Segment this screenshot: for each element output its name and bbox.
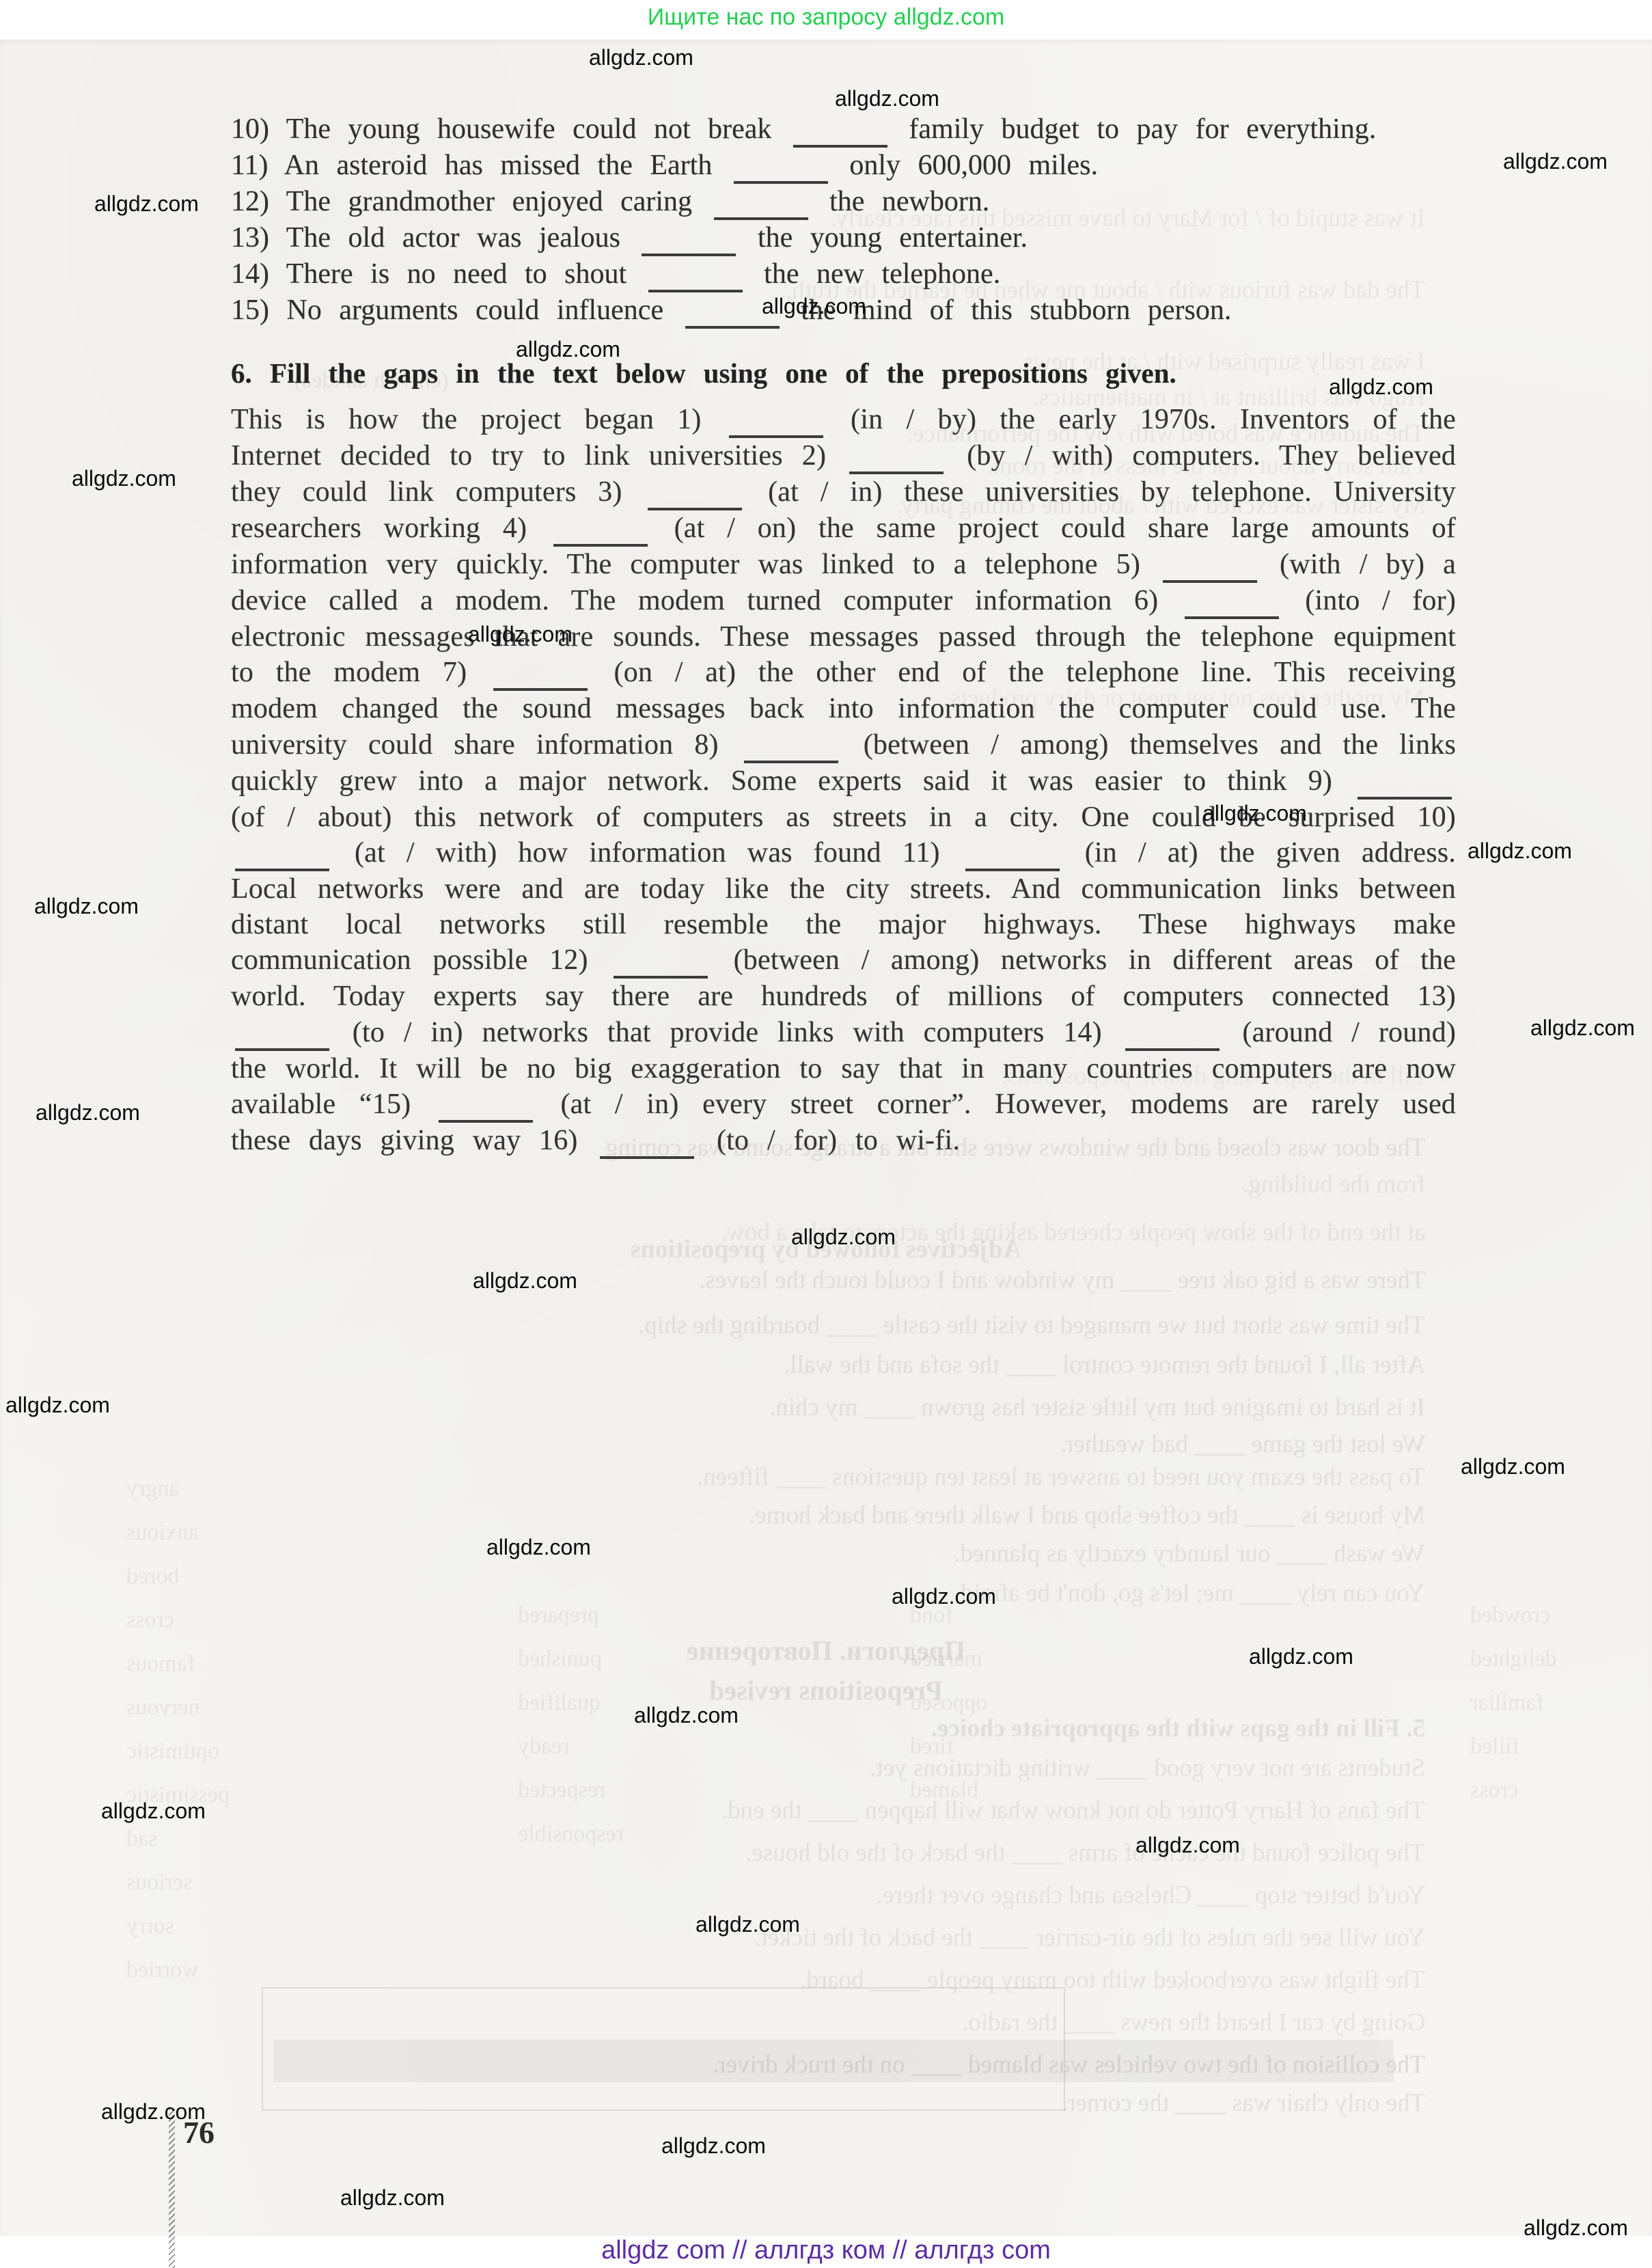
bleedthrough-text: worried <box>126 1957 199 1983</box>
watermark: allgdz.com <box>1329 374 1433 400</box>
item-text: family budget to pay for everything. <box>892 113 1376 145</box>
paragraph-text: to wi-fi. <box>837 1125 960 1156</box>
item-text: the new telephone. <box>747 258 1001 290</box>
answer-gap <box>1163 561 1257 583</box>
paragraph-text: how information was found <box>497 837 902 869</box>
exercise-item: 11) An asteroid has missed the Earth onl… <box>231 148 1461 184</box>
bleedthrough-text: ready <box>518 1734 570 1760</box>
bleedthrough-text: You can rely ____ me; let's go, don't be… <box>954 1579 1425 1608</box>
bleedthrough-text: Students are not very good ____ writing … <box>870 1753 1425 1783</box>
answer-gap <box>1358 778 1452 800</box>
bleedthrough-text: angry <box>126 1476 179 1502</box>
watermark: allgdz.com <box>34 894 139 919</box>
preposition-options: (to / for) <box>698 1125 837 1156</box>
item-text: the newborn. <box>812 186 990 217</box>
item-text: The grandmother enjoyed caring <box>269 186 710 217</box>
bleedthrough-text: nervous <box>126 1695 200 1721</box>
watermark: allgdz.com <box>661 2133 766 2159</box>
site-banner: Ищите нас по запросу allgdz.com <box>0 4 1652 31</box>
preposition-options: (of / about) <box>231 802 392 833</box>
item-text: only 600,000 miles. <box>832 150 1098 181</box>
answer-gap <box>714 198 808 220</box>
answer-gap <box>614 957 708 979</box>
watermark: allgdz.com <box>340 2185 445 2211</box>
gap-number: 16) <box>539 1125 596 1156</box>
watermark: allgdz.com <box>5 1393 110 1418</box>
answer-gap <box>744 741 838 763</box>
watermark: allgdz.com <box>1202 801 1307 826</box>
item-text: The young housewife could not break <box>269 113 789 145</box>
bleedthrough-text: Prepositions revised <box>709 1674 943 1706</box>
answer-gap <box>648 489 742 510</box>
item-number: 13) <box>231 220 269 256</box>
preposition-options: (at / in) <box>537 1089 679 1120</box>
answer-gap <box>1125 1029 1220 1051</box>
bleedthrough-text: bored <box>126 1563 179 1589</box>
gap-number: 15) <box>372 1089 435 1120</box>
answer-gap <box>493 669 588 691</box>
site-footer: allgdz com // аллгдз ком // аллгдз com <box>0 2236 1652 2265</box>
bleedthrough-text: The fans of Harry Potter do not know wha… <box>721 1796 1425 1825</box>
exercise-6-heading: 6. Fill the gaps in the text below using… <box>231 357 1176 390</box>
watermark: allgdz.com <box>1135 1833 1240 1858</box>
watermark: allgdz.com <box>1530 1015 1635 1041</box>
bleedthrough-text: Предлоги. Повторение <box>687 1635 965 1667</box>
bleedthrough-text: responsible <box>518 1821 624 1847</box>
bleedthrough-text: cross <box>126 1607 174 1633</box>
bleedthrough-text: 5. Fill in the gaps with the appropriate… <box>931 1714 1425 1743</box>
preposition-options: (to / in) <box>333 1017 463 1048</box>
bleedthrough-text: anxious <box>126 1520 199 1546</box>
gap-number: 4) <box>503 513 549 544</box>
watermark: allgdz.com <box>101 2099 206 2124</box>
answer-gap <box>235 849 329 871</box>
paragraph-text: networks that provide links with compute… <box>463 1017 1063 1048</box>
bleedthrough-text: punished <box>518 1646 602 1672</box>
bleedthrough-text: My house is ____ the coffee shop and I w… <box>749 1501 1425 1530</box>
gap-fill-paragraph: This is how the project began 1) (in / b… <box>231 402 1456 1159</box>
watermark: allgdz.com <box>1468 838 1572 864</box>
bleedthrough-text: There was a big oak tree ____ my window … <box>699 1266 1425 1295</box>
item-text: The old actor was jealous <box>269 222 637 254</box>
gap-number: 11) <box>903 837 961 869</box>
bleedthrough-text: The time was short but we managed to vis… <box>638 1311 1425 1340</box>
item-text: No arguments could influence <box>269 295 681 326</box>
bleedthrough-text: crowded <box>1470 1602 1550 1628</box>
exercise-item: 14) There is no need to shout the new te… <box>231 256 1461 292</box>
watermark: allgdz.com <box>473 1268 577 1294</box>
bleedthrough-text: optimistic <box>126 1738 219 1764</box>
bleedthrough-text: We wash ____ our laundry exactly as plan… <box>954 1539 1425 1568</box>
gap-number: 3) <box>598 476 644 508</box>
gap-number: 6) <box>1134 585 1181 616</box>
watermark: allgdz.com <box>36 1100 140 1125</box>
watermark: allgdz.com <box>72 466 176 491</box>
watermark: allgdz.com <box>94 191 199 217</box>
bleedthrough-text: delighted <box>1470 1646 1557 1672</box>
bleedthrough-frame <box>262 1987 1065 2111</box>
answer-gap <box>1185 597 1279 619</box>
gap-number: 8) <box>694 729 739 761</box>
preposition-options: (between / among) <box>842 729 1109 761</box>
answer-gap <box>439 1101 533 1123</box>
watermark: allgdz.com <box>634 1703 739 1728</box>
preposition-options: (into / for) <box>1283 585 1456 616</box>
gap-number: 2) <box>802 440 845 472</box>
item-number: 12) <box>231 184 269 220</box>
preposition-options: (around / round) <box>1224 1017 1456 1048</box>
bleedthrough-text: The only chair was ____ the corner. <box>1062 2088 1425 2118</box>
answer-gap <box>849 452 944 474</box>
gap-number: 10) <box>1417 802 1456 833</box>
gap-number: 5) <box>1116 549 1159 580</box>
bleedthrough-text: famous <box>126 1651 195 1677</box>
watermark: allgdz.com <box>892 1584 996 1609</box>
item-text: An asteroid has missed the Earth <box>268 150 729 181</box>
watermark: allgdz.com <box>486 1535 591 1560</box>
item-number: 15) <box>231 292 269 329</box>
bleedthrough-text: qualified <box>518 1690 601 1716</box>
bleedthrough-text: filled <box>1470 1734 1519 1760</box>
watermark: allgdz.com <box>835 86 939 111</box>
preposition-options: (with / by) <box>1261 549 1424 580</box>
answer-gap <box>793 126 887 148</box>
bleedthrough-text: serious <box>126 1870 192 1896</box>
watermark: allgdz.com <box>1503 149 1608 174</box>
gap-number: 14) <box>1063 1017 1120 1048</box>
answer-gap <box>235 1029 329 1051</box>
bleedthrough-text: It is hard to imagine but my little sist… <box>769 1393 1425 1422</box>
exercise-item: 13) The old actor was jealous the young … <box>231 220 1461 256</box>
item-number: 10) <box>231 111 269 148</box>
preposition-options: (at / in) <box>746 476 882 508</box>
answer-gap <box>965 849 1060 871</box>
answer-gap <box>648 271 743 292</box>
item-number: 11) <box>231 148 268 184</box>
exercise-item: 10) The young housewife could not break … <box>231 111 1461 148</box>
watermark: allgdz.com <box>589 45 693 70</box>
watermark: allgdz.com <box>1461 1454 1565 1479</box>
watermark: allgdz.com <box>468 622 573 647</box>
watermark: allgdz.com <box>696 1912 800 1937</box>
bleedthrough-text: sad <box>126 1826 157 1852</box>
preposition-options: (in / at) <box>1064 837 1198 869</box>
watermark: allgdz.com <box>101 1799 206 1824</box>
watermark: allgdz.com <box>791 1225 896 1250</box>
bleedthrough-text: respected <box>518 1777 605 1803</box>
gap-number: 9) <box>1308 765 1353 797</box>
preposition-options: (by / with) <box>948 440 1113 472</box>
watermark: allgdz.com <box>516 337 620 362</box>
watermark: allgdz.com <box>1524 2215 1628 2241</box>
answer-gap <box>553 525 648 547</box>
preposition-options: (at / with) <box>333 837 497 869</box>
preposition-options: (between / among) <box>712 944 979 976</box>
item-text: the young entertainer. <box>740 222 1028 254</box>
exercise-item: 12) The grandmother enjoyed caring the n… <box>231 184 1461 220</box>
paragraph-text: This is how the project began <box>231 404 677 435</box>
bleedthrough-text: familiar <box>1470 1690 1544 1716</box>
bleedthrough-text: The police found the cache of arms ____ … <box>745 1838 1425 1868</box>
bleedthrough-text: from the building. <box>1242 1170 1425 1199</box>
scanned-page: Ищите нас по запросу allgdz.com It was s… <box>0 0 1652 2268</box>
bleedthrough-text: After all, I found the remote control __… <box>784 1350 1425 1380</box>
bleedthrough-text: You'd better stop ____ Chelsea and chang… <box>877 1881 1425 1910</box>
answer-gap <box>734 162 828 184</box>
gap-number: 13) <box>1417 981 1456 1012</box>
gap-number: 1) <box>677 404 725 435</box>
answer-gap <box>600 1137 694 1159</box>
preposition-options: (on / at) <box>592 657 736 688</box>
item-number: 14) <box>231 256 269 292</box>
bleedthrough-text: sorry <box>126 1913 174 1939</box>
preposition-options: (in / by) <box>827 404 976 435</box>
gap-number: 12) <box>549 944 609 976</box>
bleedthrough-text: We lost the game ____ bad weather. <box>1060 1430 1425 1459</box>
bleedthrough-text: cross <box>1470 1777 1518 1803</box>
bleedthrough-text: You will see the rules of the air-carrie… <box>754 1923 1425 1952</box>
answer-gap <box>642 234 736 256</box>
bleedthrough-text: prepared <box>518 1602 599 1628</box>
gap-number: 7) <box>443 657 489 688</box>
watermark: allgdz.com <box>762 294 866 319</box>
watermark: allgdz.com <box>1249 1644 1353 1669</box>
item-text: There is no need to shout <box>269 258 644 290</box>
answer-gap <box>729 416 823 438</box>
bleedthrough-text: To pass the exam you need to answer at l… <box>697 1462 1425 1492</box>
preposition-options: (at / on) <box>652 513 796 544</box>
